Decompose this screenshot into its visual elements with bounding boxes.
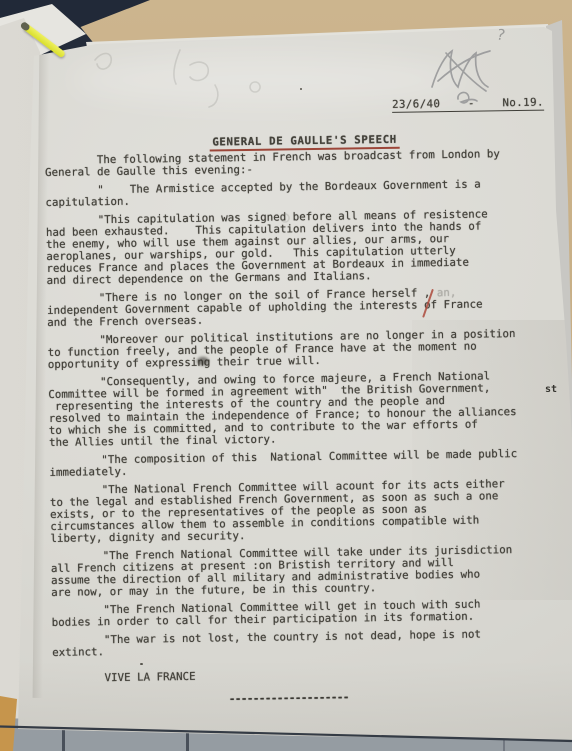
paragraph-armistice: " The Armistice accepted by the Bordeaux… [45, 177, 565, 209]
table-grid-line [62, 727, 65, 751]
date-line: 23/6/40 - No.19. [392, 96, 564, 113]
document-page: 23/6/40 - No.19. GENERAL DE GAULLE'S SPE… [0, 0, 572, 751]
red-slash-mark: of [424, 298, 437, 311]
paragraph-war-not-lost: "The war is not lost, the country is not… [52, 627, 572, 659]
date-text: 23/6/40 - No.19. [392, 97, 544, 113]
paragraph-capitulation-signed: "This capitulation was signed before all… [46, 207, 567, 287]
paragraph-jurisdiction: "The French National Committee will take… [51, 543, 572, 599]
signoff-vive-la-france: VIVE LA FRANCE [52, 665, 572, 685]
paragraph-account-for-acts: "The National French Committee will acou… [50, 477, 571, 545]
table-grid-line [503, 737, 505, 751]
document-photo: 23/6/40 - No.19. GENERAL DE GAULLE'S SPE… [0, 0, 572, 751]
faint-erased-word: an, [437, 286, 457, 299]
ink-smudge: ng [197, 356, 210, 369]
typed-content: 23/6/40 - No.19. GENERAL DE GAULLE'S SPE… [44, 96, 572, 708]
intro-paragraph: The following statement in French was br… [45, 147, 565, 179]
text-run: their true will. [210, 354, 321, 369]
paragraph-moreover: "Moreover our political institutions are… [47, 327, 567, 371]
paragraph-consequently: "Consequently, and owing to force majeur… [48, 369, 569, 449]
adjacent-page-text-fragment: st [545, 384, 559, 395]
paragraph-get-in-touch: "The French National Committee will get … [51, 597, 571, 629]
paragraph-composition: "The composition of this National Commit… [49, 447, 569, 479]
paragraph-no-longer-on-soil: "There is no longer on the soil of Franc… [47, 285, 567, 329]
paper-speck [300, 88, 302, 90]
